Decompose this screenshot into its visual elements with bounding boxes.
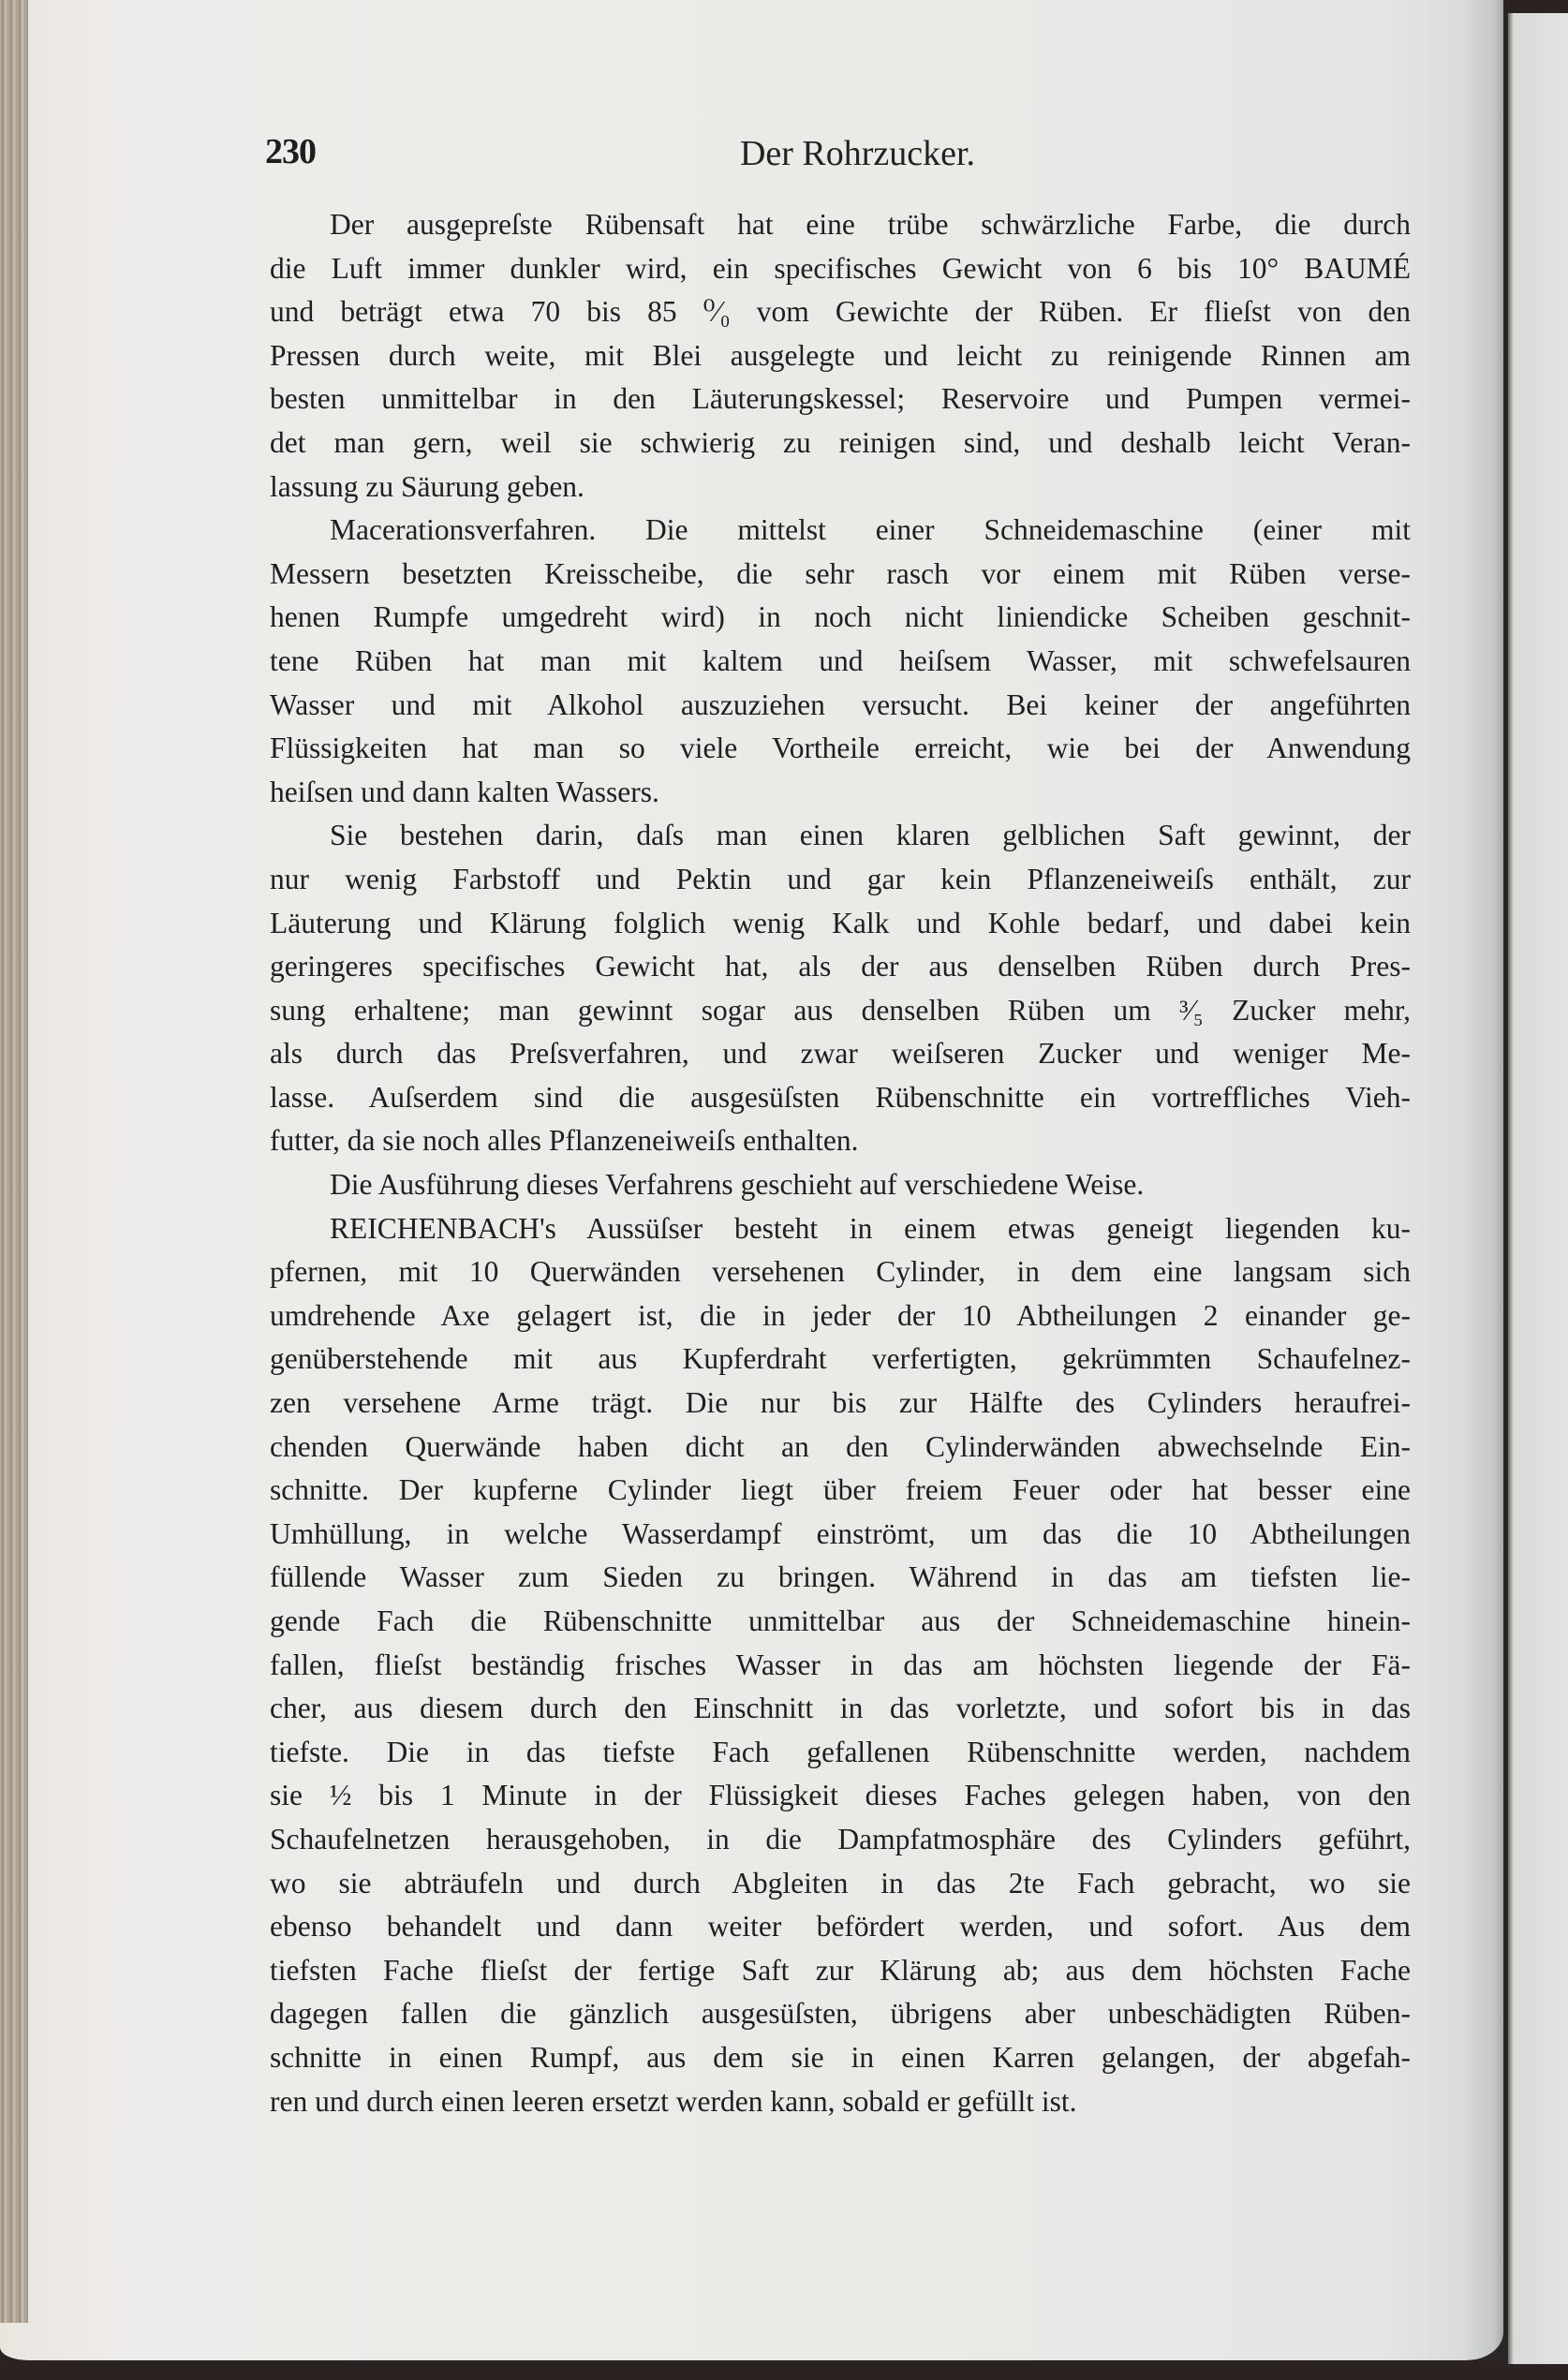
text-line: ren und durch einen leeren ersetzt werde… bbox=[270, 2080, 1411, 2124]
text-line: besten unmittelbar in den Läuterungskess… bbox=[270, 377, 1411, 421]
text-line: schnitte in einen Rumpf, aus dem sie in … bbox=[270, 2036, 1411, 2080]
text-line: pfernen, mit 10 Querwänden versehenen Cy… bbox=[270, 1250, 1411, 1294]
text-line: lassung zu Säurung geben. bbox=[270, 466, 1411, 510]
text-line: und beträgt etwa 70 bis 85 ⁰⁄₀ vom Gewic… bbox=[270, 290, 1411, 334]
text-line: Macerationsverfahren. Die mittelst einer… bbox=[270, 509, 1411, 553]
text-line: schnitte. Der kupferne Cylinder liegt üb… bbox=[270, 1469, 1411, 1513]
text-line: cher, aus diesem durch den Einschnitt in… bbox=[270, 1687, 1411, 1731]
binding-shadow bbox=[1461, 0, 1508, 2360]
text-line: sung erhaltene; man gewinnt sogar aus de… bbox=[270, 989, 1411, 1033]
text-line: Pressen durch weite, mit Blei ausgelegte… bbox=[270, 334, 1411, 378]
text-line: Sie bestehen darin, daſs man einen klare… bbox=[270, 814, 1411, 858]
running-title: Der Rohrzucker. bbox=[265, 133, 1413, 174]
text-line: Wasser und mit Alkohol auszuziehen versu… bbox=[270, 684, 1411, 728]
page-edge-left bbox=[0, 0, 28, 2323]
text-line: henen Rumpfe umgedreht wird) in noch nic… bbox=[270, 596, 1411, 640]
text-line: als durch das Preſsverfahren, und zwar w… bbox=[270, 1032, 1411, 1076]
page-header: 230 Der Rohrzucker. bbox=[265, 131, 1413, 187]
text-line: geringeres specifisches Gewicht hat, als… bbox=[270, 945, 1411, 989]
text-line: tiefste. Die in das tiefste Fach gefalle… bbox=[270, 1731, 1411, 1775]
text-line: heiſsen und dann kalten Wassers. bbox=[270, 771, 1411, 815]
text-line: gende Fach die Rübenschnitte unmittelbar… bbox=[270, 1600, 1411, 1644]
text-line: Der ausgepreſste Rübensaft hat eine trüb… bbox=[270, 203, 1411, 247]
text-line: tene Rüben hat man mit kaltem und heiſse… bbox=[270, 640, 1411, 684]
text-line: Schaufelnetzen herausgehoben, in die Dam… bbox=[270, 1818, 1411, 1862]
text-line: Flüssigkeiten hat man so viele Vortheile… bbox=[270, 727, 1411, 771]
text-line: umdrehende Axe gelagert ist, die in jede… bbox=[270, 1294, 1411, 1338]
text-line: det man gern, weil sie schwierig zu rein… bbox=[270, 421, 1411, 466]
text-line: die Luft immer dunkler wird, ein specifi… bbox=[270, 247, 1411, 291]
text-line: Umhüllung, in welche Wasserdampf einströ… bbox=[270, 1513, 1411, 1557]
book-page: 230 Der Rohrzucker. Der ausgepreſste Rüb… bbox=[0, 0, 1503, 2360]
text-line: Messern besetzten Kreisscheibe, die sehr… bbox=[270, 553, 1411, 597]
text-line: Läuterung und Klärung folglich wenig Kal… bbox=[270, 902, 1411, 946]
text-line: füllende Wasser zum Sieden zu bringen. W… bbox=[270, 1556, 1411, 1600]
text-line: sie ½ bis 1 Minute in der Flüssigkeit di… bbox=[270, 1774, 1411, 1818]
adjacent-page-edge bbox=[1508, 13, 1568, 2364]
text-line: futter, da sie noch alles Pflanzeneiweiſ… bbox=[270, 1119, 1411, 1163]
text-line: fallen, flieſst beständig frisches Wasse… bbox=[270, 1644, 1411, 1688]
text-line: wo sie abträufeln und durch Abgleiten in… bbox=[270, 1862, 1411, 1906]
text-line: dagegen fallen die gänzlich ausgesüſsten… bbox=[270, 1992, 1411, 2036]
text-line: ebenso behandelt und dann weiter beförde… bbox=[270, 1905, 1411, 1949]
text-line: zen versehene Arme trägt. Die nur bis zu… bbox=[270, 1382, 1411, 1426]
text-line: tiefsten Fache flieſst der fertige Saft … bbox=[270, 1949, 1411, 1993]
text-line: genüberstehende mit aus Kupferdraht verf… bbox=[270, 1338, 1411, 1382]
text-line: REICHENBACH's Aussüſser besteht in einem… bbox=[270, 1207, 1411, 1251]
text-line: chenden Querwände haben dicht an den Cyl… bbox=[270, 1426, 1411, 1470]
text-line: Die Ausführung dieses Verfahrens geschie… bbox=[270, 1163, 1411, 1207]
text-line: lasse. Auſserdem sind die ausgesüſsten R… bbox=[270, 1076, 1411, 1120]
text-line: nur wenig Farbstoff und Pektin und gar k… bbox=[270, 858, 1411, 902]
body-text: Der ausgepreſste Rübensaft hat eine trüb… bbox=[270, 203, 1411, 2123]
